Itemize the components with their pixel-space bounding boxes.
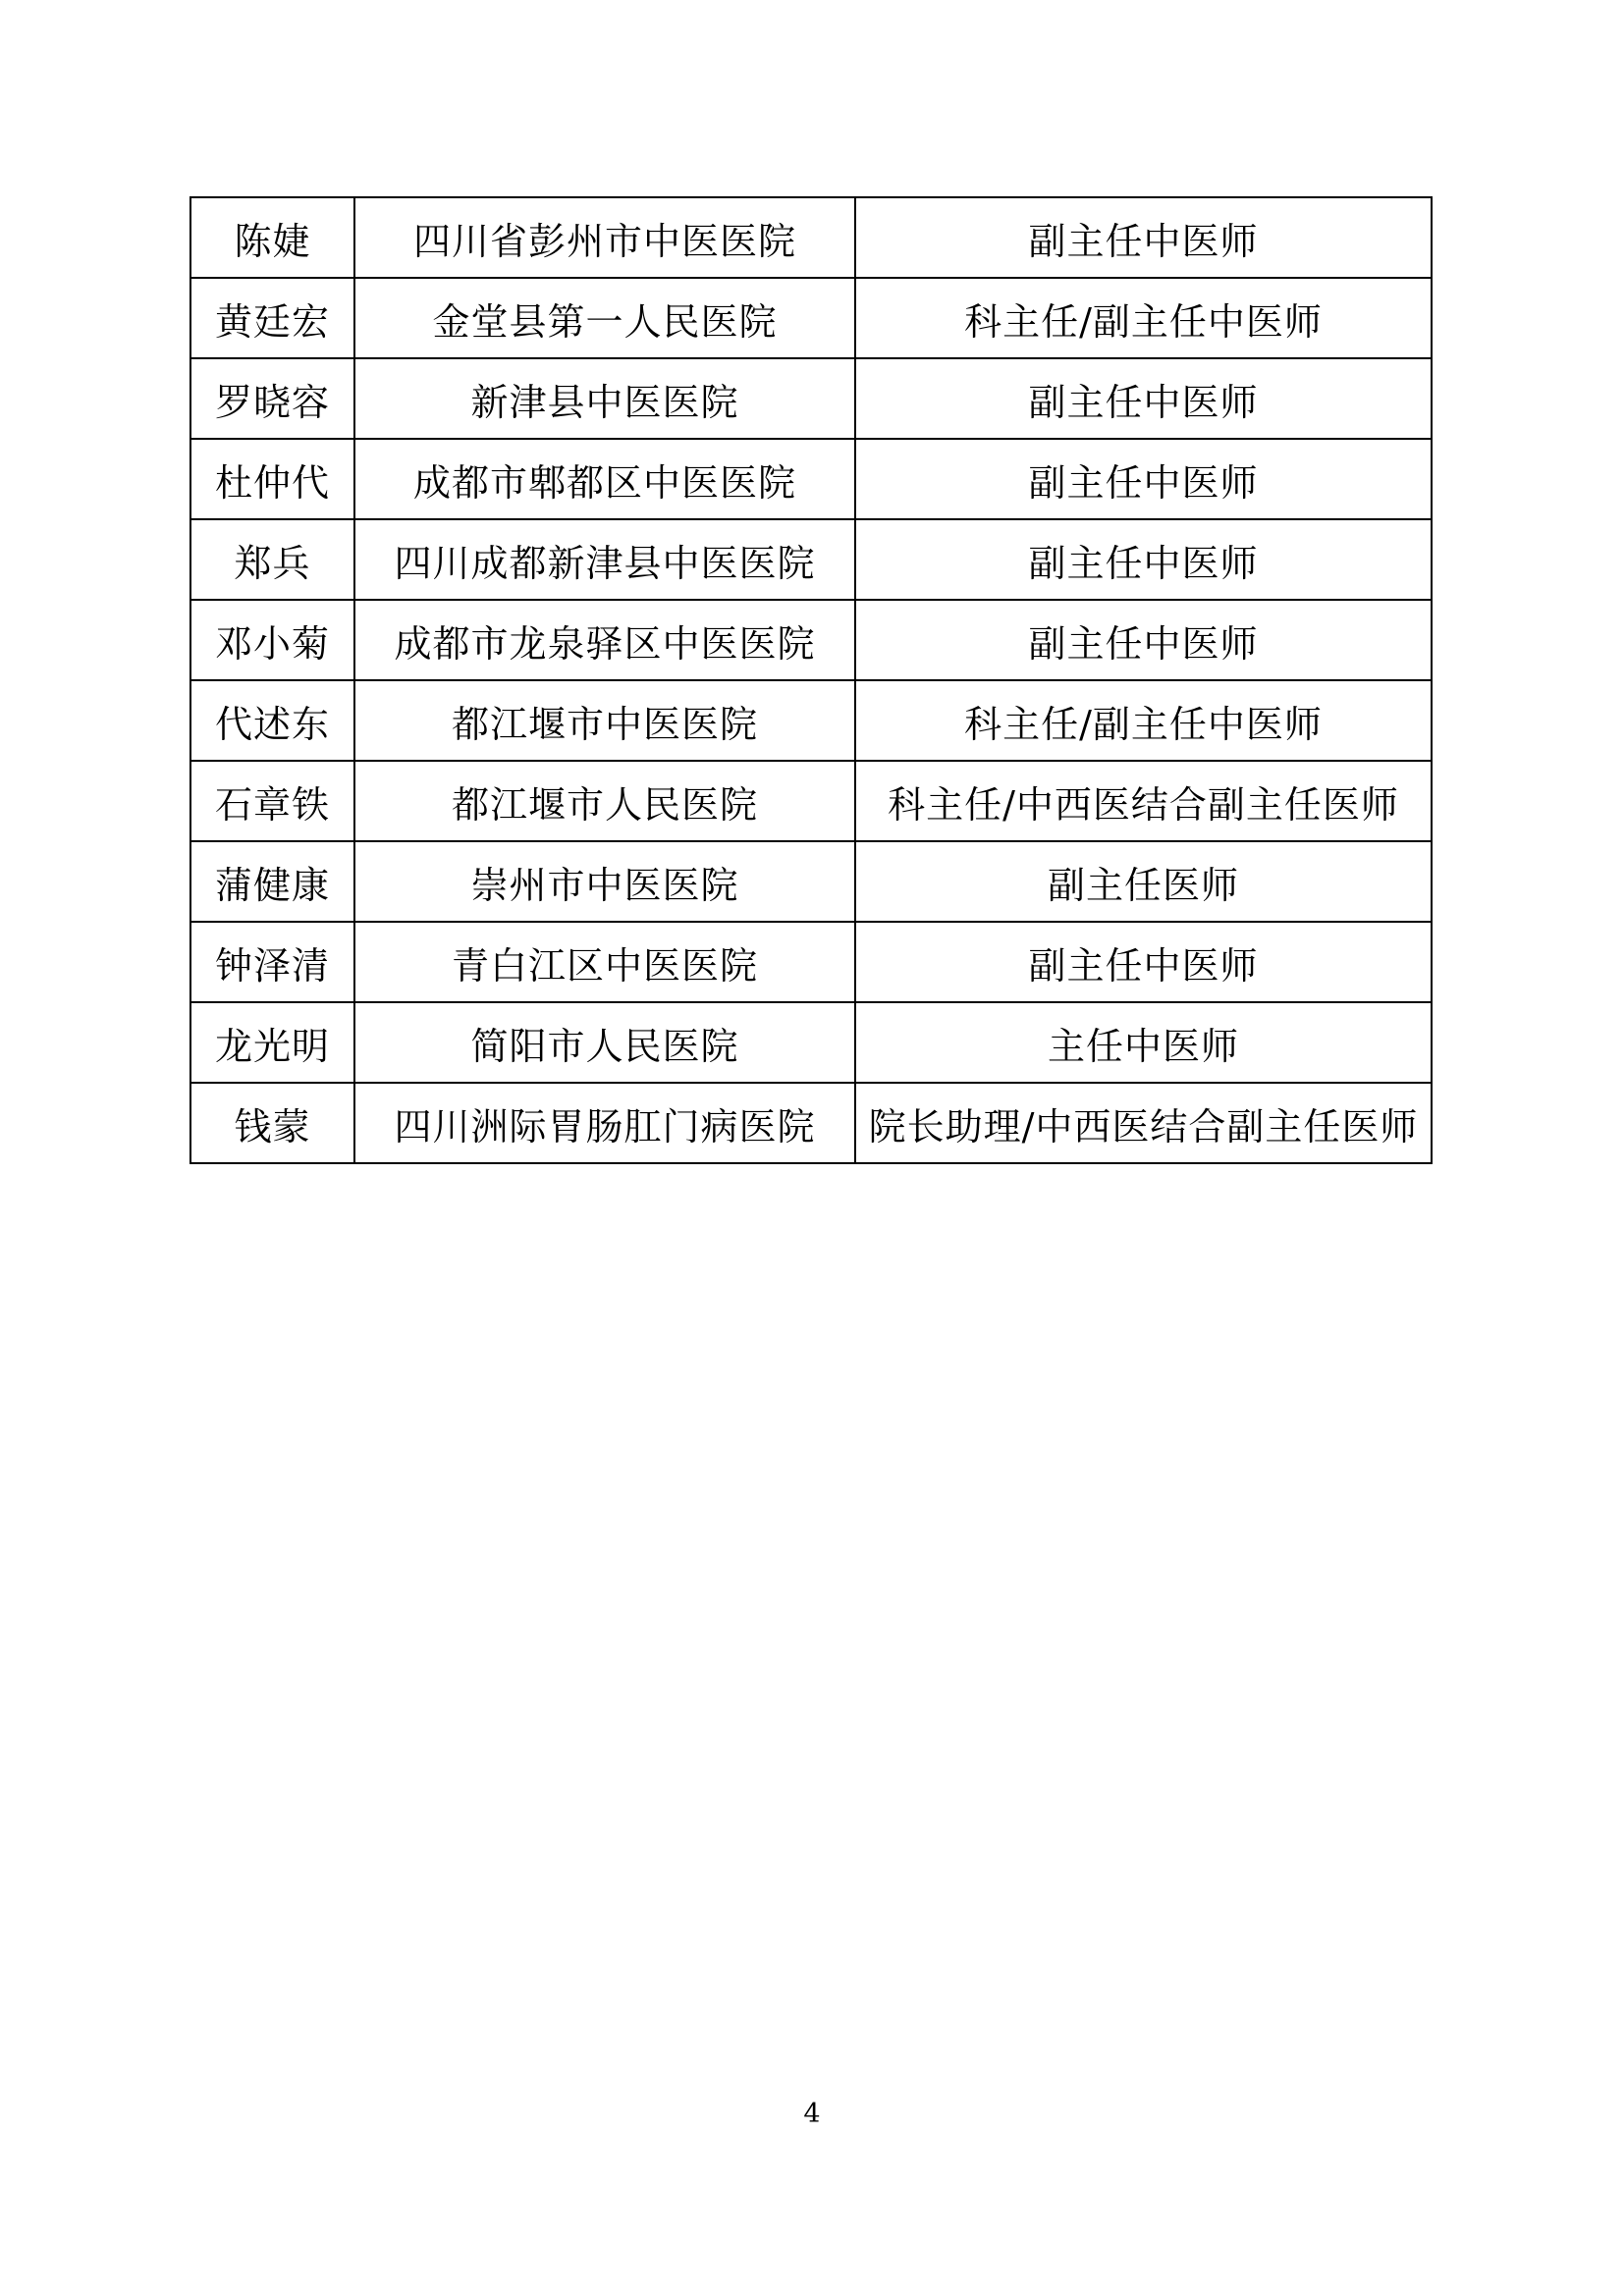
title-cell: 院长助理/中西医结合副主任医师	[855, 1083, 1432, 1163]
name-cell: 钟泽清	[190, 922, 354, 1002]
name-cell: 郑兵	[190, 519, 354, 600]
title-cell: 科主任/副主任中医师	[855, 680, 1432, 761]
name-cell: 黄廷宏	[190, 278, 354, 358]
table-row: 陈婕四川省彭州市中医医院副主任中医师	[190, 197, 1432, 278]
name-cell: 杜仲代	[190, 439, 354, 519]
title-cell: 科主任/中西医结合副主任医师	[855, 761, 1432, 841]
page-number: 4	[0, 2099, 1624, 2129]
title-cell: 副主任中医师	[855, 358, 1432, 439]
name-cell: 陈婕	[190, 197, 354, 278]
hospital-cell: 四川洲际胃肠肛门病医院	[354, 1083, 855, 1163]
table-row: 罗晓容新津县中医医院副主任中医师	[190, 358, 1432, 439]
hospital-cell: 都江堰市中医医院	[354, 680, 855, 761]
name-cell: 龙光明	[190, 1002, 354, 1083]
hospital-cell: 简阳市人民医院	[354, 1002, 855, 1083]
name-cell: 蒲健康	[190, 841, 354, 922]
document-page: 陈婕四川省彭州市中医医院副主任中医师黄廷宏金堂县第一人民医院科主任/副主任中医师…	[0, 0, 1624, 2296]
hospital-cell: 崇州市中医医院	[354, 841, 855, 922]
table-row: 钟泽清青白江区中医医院副主任中医师	[190, 922, 1432, 1002]
title-cell: 副主任中医师	[855, 519, 1432, 600]
name-cell: 罗晓容	[190, 358, 354, 439]
title-cell: 主任中医师	[855, 1002, 1432, 1083]
table-row: 邓小菊成都市龙泉驿区中医医院副主任中医师	[190, 600, 1432, 680]
table-row: 龙光明简阳市人民医院主任中医师	[190, 1002, 1432, 1083]
table-row: 蒲健康崇州市中医医院副主任医师	[190, 841, 1432, 922]
hospital-cell: 四川省彭州市中医医院	[354, 197, 855, 278]
name-cell: 邓小菊	[190, 600, 354, 680]
hospital-cell: 成都市龙泉驿区中医医院	[354, 600, 855, 680]
name-cell: 钱蒙	[190, 1083, 354, 1163]
table-row: 代述东都江堰市中医医院科主任/副主任中医师	[190, 680, 1432, 761]
hospital-cell: 四川成都新津县中医医院	[354, 519, 855, 600]
title-cell: 科主任/副主任中医师	[855, 278, 1432, 358]
table-row: 石章铁都江堰市人民医院科主任/中西医结合副主任医师	[190, 761, 1432, 841]
table-row: 黄廷宏金堂县第一人民医院科主任/副主任中医师	[190, 278, 1432, 358]
table-row: 钱蒙四川洲际胃肠肛门病医院院长助理/中西医结合副主任医师	[190, 1083, 1432, 1163]
table-row: 郑兵四川成都新津县中医医院副主任中医师	[190, 519, 1432, 600]
name-cell: 石章铁	[190, 761, 354, 841]
name-cell: 代述东	[190, 680, 354, 761]
hospital-cell: 青白江区中医医院	[354, 922, 855, 1002]
hospital-cell: 金堂县第一人民医院	[354, 278, 855, 358]
hospital-cell: 都江堰市人民医院	[354, 761, 855, 841]
hospital-cell: 成都市郫都区中医医院	[354, 439, 855, 519]
title-cell: 副主任中医师	[855, 600, 1432, 680]
title-cell: 副主任中医师	[855, 439, 1432, 519]
title-cell: 副主任中医师	[855, 922, 1432, 1002]
title-cell: 副主任中医师	[855, 197, 1432, 278]
hospital-cell: 新津县中医医院	[354, 358, 855, 439]
title-cell: 副主任医师	[855, 841, 1432, 922]
table-row: 杜仲代成都市郫都区中医医院副主任中医师	[190, 439, 1432, 519]
physician-roster-table: 陈婕四川省彭州市中医医院副主任中医师黄廷宏金堂县第一人民医院科主任/副主任中医师…	[189, 196, 1433, 1164]
roster-table-body: 陈婕四川省彭州市中医医院副主任中医师黄廷宏金堂县第一人民医院科主任/副主任中医师…	[190, 197, 1432, 1163]
